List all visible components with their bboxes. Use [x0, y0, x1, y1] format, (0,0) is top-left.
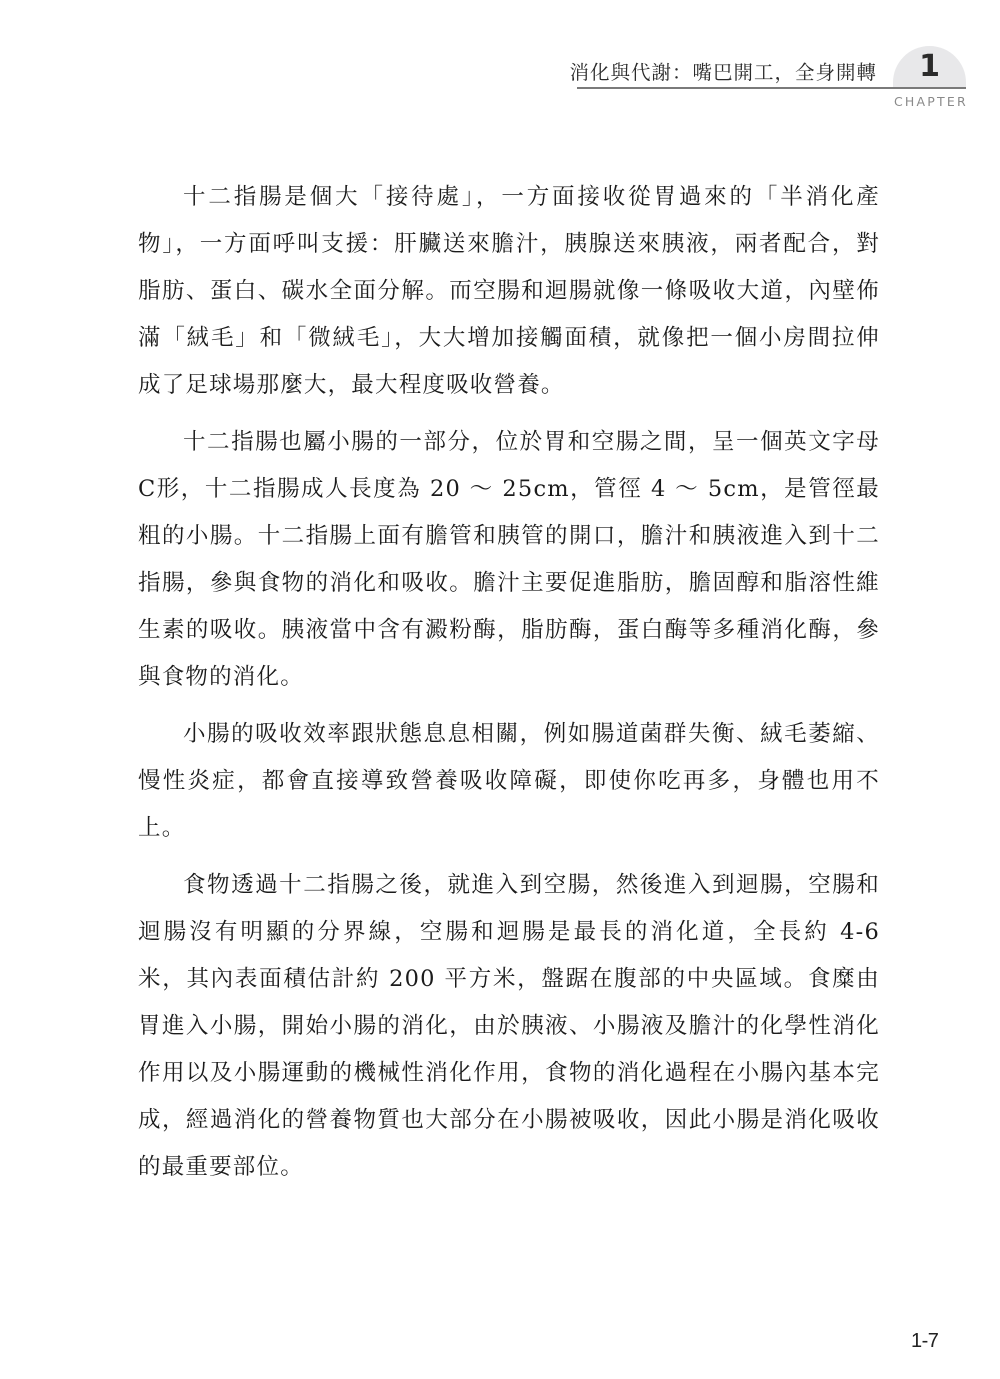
running-header: 消化與代謝：嘴巴開工，全身開轉 1 CHAPTER [0, 0, 1000, 120]
paragraph-duodenum-anatomy: 十二指腸也屬小腸的一部分，位於胃和空腸之間，呈一個英文字母C形，十二指腸成人長度… [138, 419, 880, 701]
chapter-title: 消化與代謝：嘴巴開工，全身開轉 [569, 57, 877, 85]
header-divider [577, 87, 966, 89]
chapter-label: CHAPTER [894, 94, 968, 109]
paragraph-duodenum-reception: 十二指腸是個大「接待處」，一方面接收從胃過來的「半消化產物」，一方面呼叫支援：肝… [138, 174, 880, 409]
paragraph-jejunum-ileum: 食物透過十二指腸之後，就進入到空腸，然後進入到迴腸，空腸和迴腸沒有明顯的分界線，… [138, 862, 880, 1191]
body-text: 十二指腸是個大「接待處」，一方面接收從胃過來的「半消化產物」，一方面呼叫支援：肝… [138, 174, 880, 1201]
page-number: 1-7 [911, 1330, 938, 1353]
paragraph-absorption-efficiency: 小腸的吸收效率跟狀態息息相關，例如腸道菌群失衡、絨毛萎縮、慢性炎症，都會直接導致… [138, 711, 880, 852]
chapter-badge: 1 [893, 46, 966, 87]
chapter-number: 1 [893, 50, 966, 84]
